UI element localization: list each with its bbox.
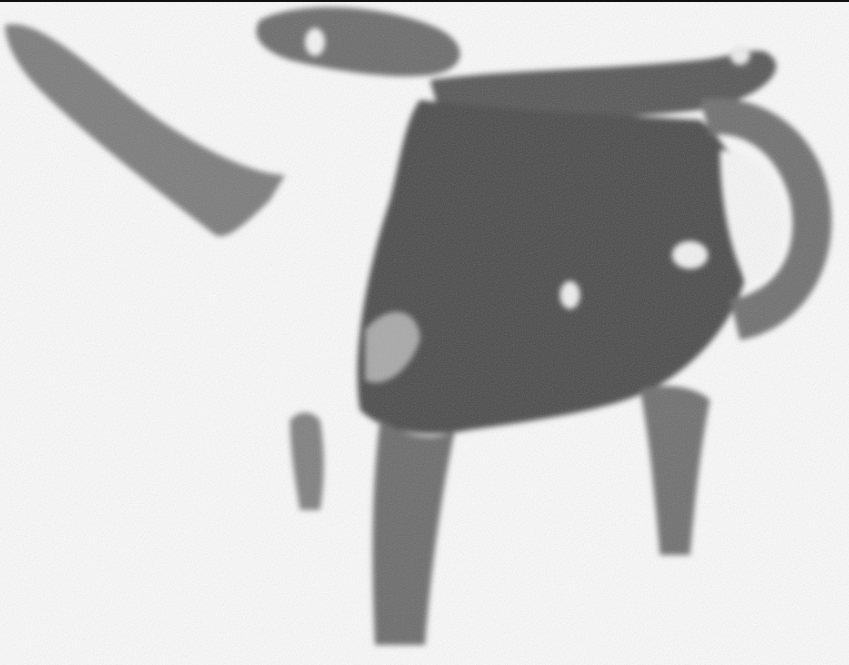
bronze-vessel-photo — [0, 0, 849, 665]
